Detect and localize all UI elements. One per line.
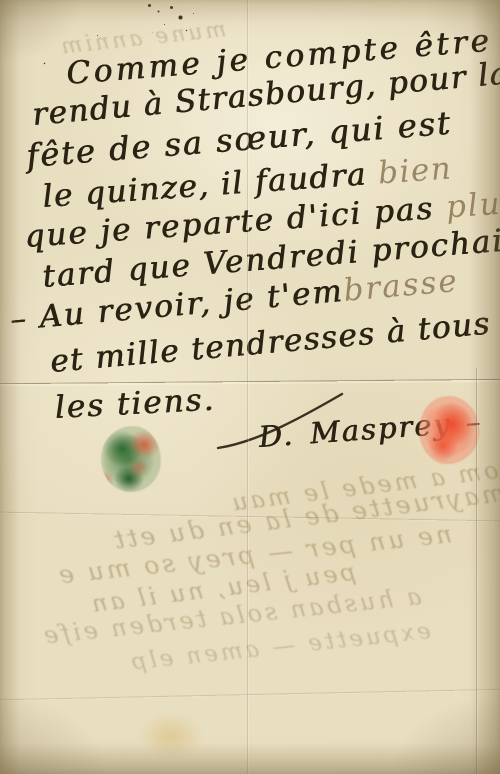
handwritten-line-9: les tiens. bbox=[54, 382, 216, 426]
horizontal-fold-crease bbox=[0, 379, 500, 386]
signature-initial: D. bbox=[258, 418, 296, 454]
faint-fold-crease bbox=[0, 689, 500, 702]
line-text-faded: plus bbox=[445, 184, 500, 225]
signature-name: Masprey bbox=[309, 407, 453, 451]
letter-page: mune annim um nom a mede le mau mayruett… bbox=[0, 0, 500, 774]
signature: D.Masprey– bbox=[258, 404, 484, 454]
paper-stain bbox=[138, 712, 204, 760]
green-wax-seal bbox=[98, 423, 165, 495]
line-text-faded: bien bbox=[377, 150, 453, 191]
ink-specks bbox=[148, 4, 151, 7]
signature-dash: – bbox=[464, 404, 483, 439]
line-text: les tiens. bbox=[54, 382, 216, 426]
